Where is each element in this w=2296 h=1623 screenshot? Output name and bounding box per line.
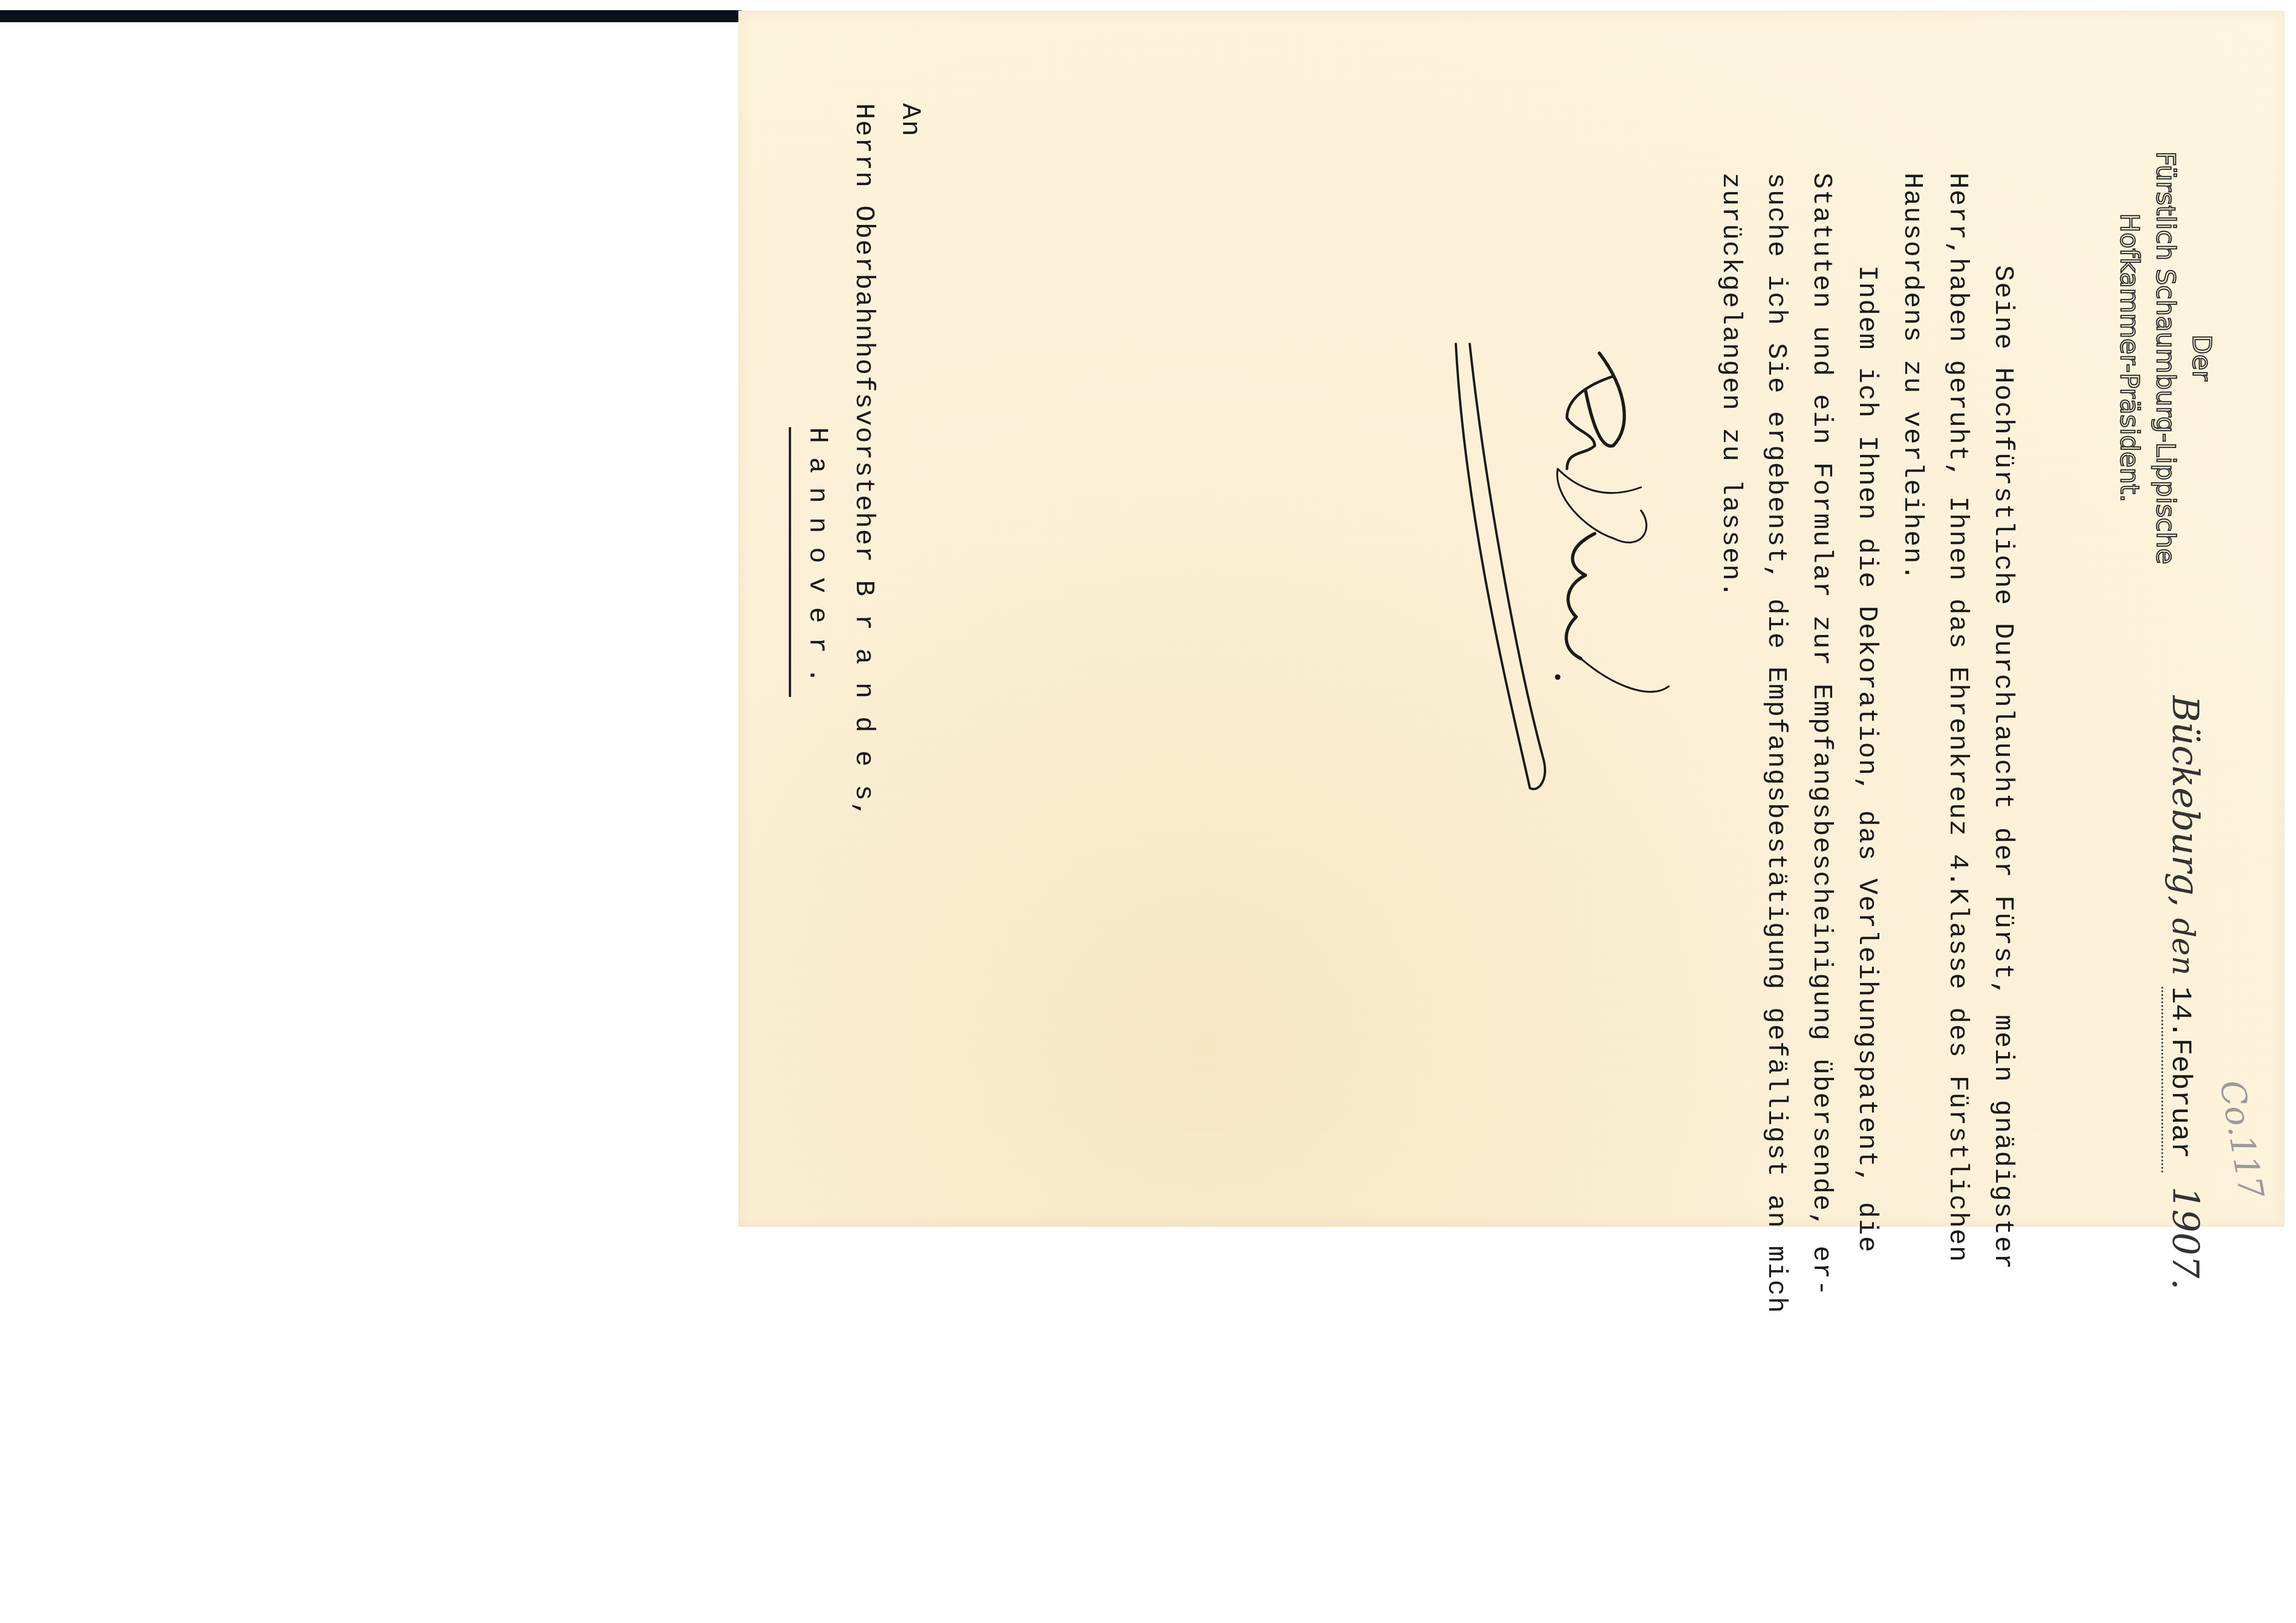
recipient-block: An Herrn Oberbahnhofsvorsteher B r a n d… xyxy=(789,103,933,936)
body-line: Seine Hochfürstliche Durchlaucht der Für… xyxy=(1980,173,2025,1052)
letterhead-line: Fürstlich Schaumburg-Lippische xyxy=(2147,103,2184,612)
letterhead-line: Der xyxy=(2184,103,2220,612)
letterhead-line: Hofkammer-Präsident. xyxy=(2111,103,2147,612)
paragraph-2: Indem ich Ihnen die Dekoration, das Verl… xyxy=(1708,173,1889,1052)
body-line: zurückgelangen zu lassen. xyxy=(1708,173,1753,1052)
paragraph-1: Seine Hochfürstliche Durchlaucht der Für… xyxy=(1889,173,2025,1052)
body-line: Indem ich Ihnen die Dekoration, das Verl… xyxy=(1844,173,1889,1052)
handwritten-signature xyxy=(1447,335,1706,797)
body-line: Statuten und ein Formular zur Empfangsbe… xyxy=(1798,173,1844,1052)
scanner-edge-bar xyxy=(0,10,742,22)
date-place: Bückeburg, xyxy=(2164,696,2206,907)
body-line: Herr,haben geruht, Ihnen das Ehrenkreuz … xyxy=(1934,173,1980,1052)
date-day-month: 14.Februar xyxy=(2161,987,2197,1173)
date-den: den xyxy=(2165,918,2201,976)
letterhead: Der Fürstlich Schaumburg-Lippische Hofka… xyxy=(2111,103,2220,612)
date-year: 1907. xyxy=(2164,1187,2206,1290)
body-line: Hausordens zu verleihen. xyxy=(1889,173,1934,1052)
recipient-city: Hannover. xyxy=(789,427,840,697)
recipient-salutation: An xyxy=(886,103,933,936)
letter-body: Seine Hochfürstliche Durchlaucht der Für… xyxy=(1708,173,2025,1052)
recipient-name: Herrn Oberbahnhofsvorsteher B r a n d e … xyxy=(840,103,886,936)
pencil-archive-note: Co.117 xyxy=(2212,1077,2271,1201)
body-line: suche ich Sie ergebenst, die Empfangsbes… xyxy=(1753,173,1798,1052)
dateline: Bückeburg, den 14.Februar 1907. xyxy=(2161,696,2206,1290)
letter-content: Der Fürstlich Schaumburg-Lippische Hofka… xyxy=(738,11,2284,1227)
